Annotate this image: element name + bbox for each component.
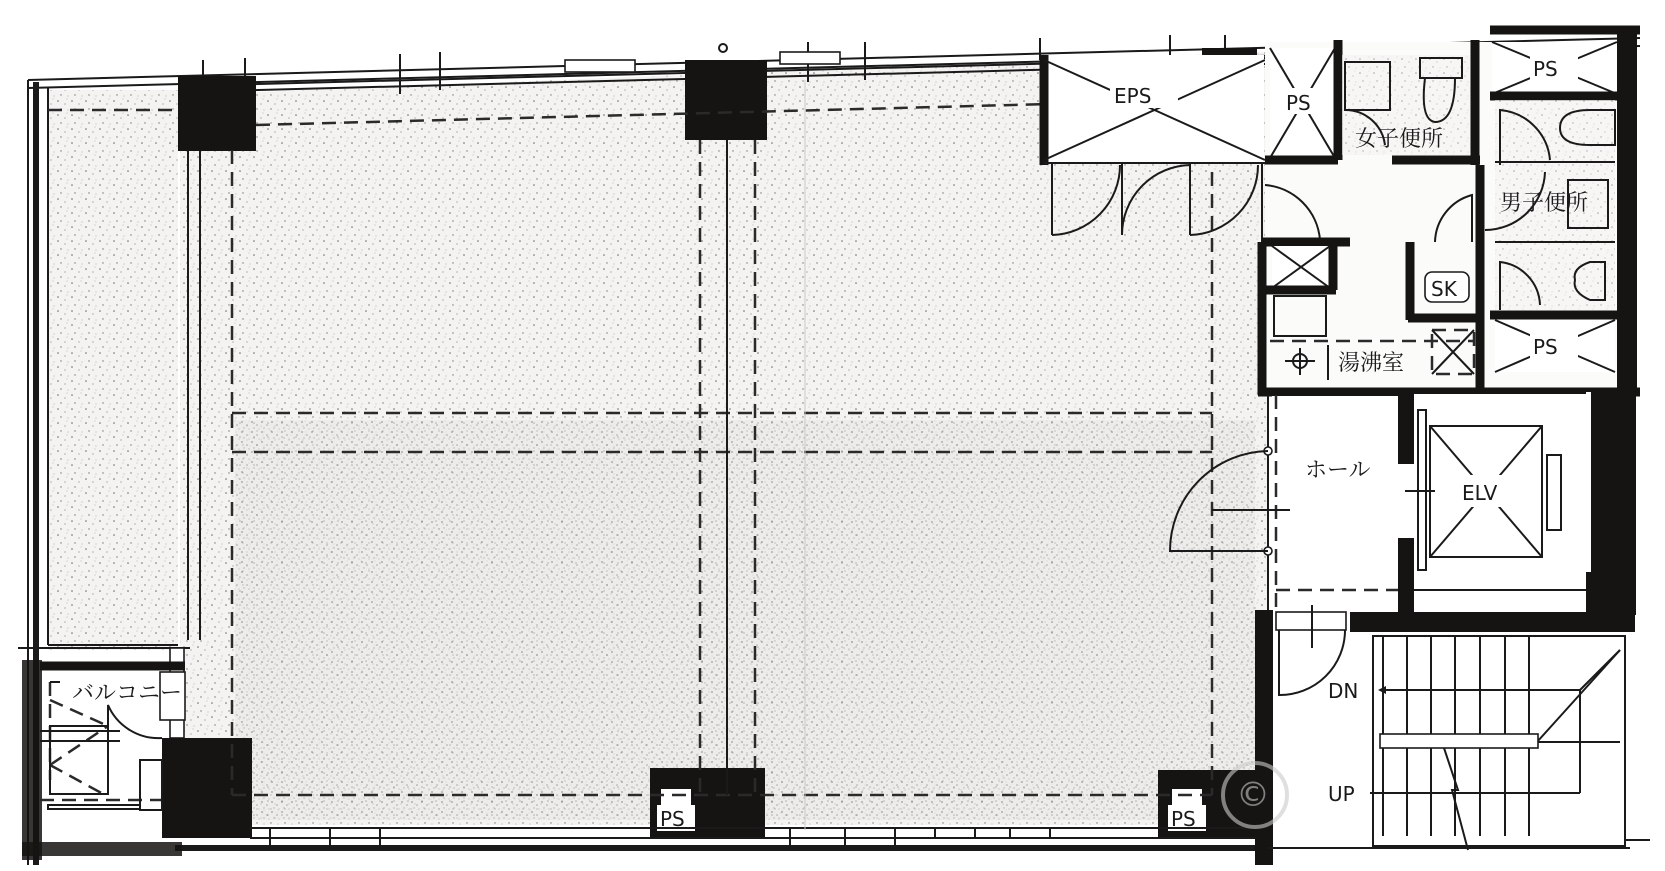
mens-restroom-label: 男子便所: [1500, 191, 1588, 216]
ps-label: PS: [1286, 91, 1311, 115]
column-top-center: [685, 60, 767, 140]
balcony: バルコニー: [22, 660, 185, 860]
column-bottom-left: [162, 738, 252, 838]
elevator-shaft: ELV: [1398, 392, 1636, 620]
elevator-label: ELV: [1462, 481, 1498, 505]
core-restrooms: PS 女子便所 PS 男子便所: [1258, 30, 1640, 395]
office-floor: [175, 52, 1268, 825]
eps-label: EPS: [1114, 84, 1151, 108]
hall-label: ホール: [1305, 458, 1371, 483]
sk-label: SK: [1431, 277, 1458, 301]
balcony-label: バルコニー: [72, 681, 182, 706]
kitchenette-label: 湯沸室: [1338, 351, 1404, 376]
stairwell: DN UP: [1255, 605, 1650, 865]
womens-restroom-label: 女子便所: [1355, 127, 1443, 152]
balcony-strip: [48, 90, 178, 650]
ps-label: PS: [1533, 57, 1558, 81]
ps-label: PS: [1533, 335, 1558, 359]
floor-plan: PS PS: [0, 0, 1665, 871]
watermark-text: ©: [1236, 775, 1270, 815]
column-top-left: [178, 76, 256, 151]
stairs-up-label: UP: [1328, 782, 1355, 806]
stairs-down-label: DN: [1328, 679, 1358, 703]
